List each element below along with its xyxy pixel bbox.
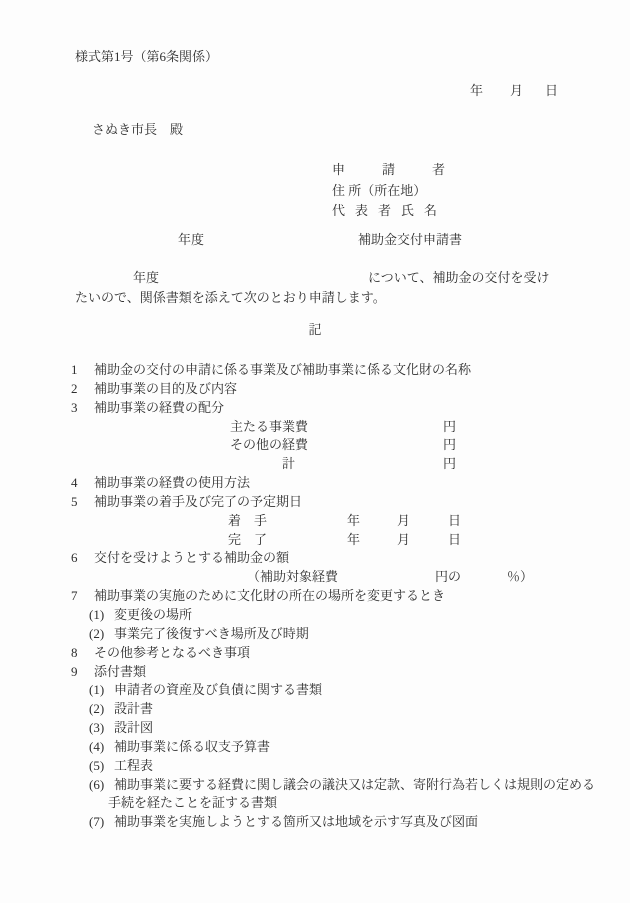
sub-item-number: (3)	[89, 719, 114, 738]
sub-item-number: (1)	[89, 681, 114, 700]
list-item-3: 3補助事業の経費の配分	[71, 399, 611, 418]
item-number: 8	[71, 644, 94, 663]
sub-item-text: 補助事業に係る収支予算書	[114, 739, 270, 754]
item-number: 1	[71, 361, 94, 380]
sub-item-text: 設計書	[114, 701, 153, 716]
item-text: 添付書類	[94, 664, 146, 679]
title-nendo: 年度	[178, 231, 204, 250]
list-item-7-sub-2: (2)事業完了後復すべき場所及び時期	[71, 625, 611, 644]
year-label: 年	[347, 531, 360, 550]
item-text: その他参考となるべき事項	[94, 645, 250, 660]
yen-label: 円	[443, 418, 456, 437]
sub-item-text: 工程表	[114, 758, 153, 773]
item-text: 補助事業の着手及び完了の予定期日	[94, 494, 302, 509]
addressee-line: さぬき市長 殿	[92, 121, 392, 140]
list-item-4: 4補助事業の経費の使用方法	[71, 474, 611, 493]
item-text: 補助事業の経費の配分	[94, 400, 224, 415]
sub-item-number: (2)	[89, 625, 114, 644]
item-number: 4	[71, 474, 94, 493]
sub-item-number: (4)	[89, 738, 114, 757]
intro-line-1-text: について、補助金の交付を受け	[368, 269, 549, 288]
subsidy-note-open: （補助対象経費	[247, 568, 338, 587]
yen-label: 円	[443, 436, 456, 455]
item-text: 交付を受けようとする補助金の額	[94, 550, 289, 565]
sub-item-text: 事業完了後復すべき場所及び時期	[114, 626, 309, 641]
intro-nendo: 年度	[133, 269, 159, 288]
intro-line-2: たいので、関係書類を添えて次のとおり申請します。	[75, 289, 386, 308]
subsidy-note-unit: 円の	[435, 568, 461, 587]
item-text: 補助事業の目的及び内容	[94, 381, 237, 396]
item-text: 補助事業の経費の使用方法	[94, 475, 250, 490]
sub-item-number: (5)	[89, 757, 114, 776]
expense-label: その他の経費	[230, 436, 308, 455]
sub-item-text: 補助事業に要する経費に関し議会の議決又は定款、寄附行為若しくは規則の定める	[114, 777, 595, 792]
list-item-9-sub-5: (5)工程表	[71, 757, 611, 776]
addressee-name: さぬき市長	[92, 122, 157, 137]
document-page: 様式第1号（第6条関係） 年 月 日 さぬき市長 殿 申請者 住 所（所在地） …	[0, 0, 630, 903]
document-title: 補助金交付申請書	[358, 231, 462, 250]
day-label: 日	[448, 512, 461, 531]
applicant-block: 申請者 住 所（所在地） 代表者氏名	[332, 160, 482, 222]
list-item-8: 8その他参考となるべき事項	[71, 644, 611, 663]
item-number: 6	[71, 549, 94, 568]
sub-item-number: (7)	[89, 813, 114, 832]
sub-item-number: (2)	[89, 700, 114, 719]
item-number: 9	[71, 663, 94, 682]
list-item-2: 2補助事業の目的及び内容	[71, 380, 611, 399]
subsidy-note-row: （補助対象経費 円の ％）	[71, 568, 611, 587]
list-item-9-sub-6: (6)補助事業に要する経費に関し議会の議決又は定款、寄附行為若しくは規則の定める	[71, 776, 611, 795]
expense-row-main: 主たる事業費 円	[71, 418, 611, 437]
list-item-9-sub-3: (3)設計図	[71, 719, 611, 738]
applicant-address-label: 住 所（所在地）	[332, 181, 482, 202]
item-number: 7	[71, 587, 94, 606]
date-year-label: 年	[470, 82, 483, 101]
sub-item-number: (1)	[89, 606, 114, 625]
expense-row-other: その他の経費 円	[71, 436, 611, 455]
schedule-row-finish: 完 了 年 月 日	[71, 531, 611, 550]
item-number: 2	[71, 380, 94, 399]
list-item-9-sub-2: (2)設計書	[71, 700, 611, 719]
item-number: 5	[71, 493, 94, 512]
list-item-1: 1補助金の交付の申請に係る事業及び補助事業に係る文化財の名称	[71, 361, 611, 380]
list-item-9: 9添付書類	[71, 663, 611, 682]
item-list: 1補助金の交付の申請に係る事業及び補助事業に係る文化財の名称 2補助事業の目的及…	[71, 361, 611, 832]
item-text: 補助事業の実施のために文化財の所在の場所を変更するとき	[94, 588, 445, 603]
item-number: 3	[71, 399, 94, 418]
month-label: 月	[397, 531, 410, 550]
schedule-label: 完 了	[228, 531, 267, 550]
list-item-7: 7補助事業の実施のために文化財の所在の場所を変更するとき	[71, 587, 611, 606]
subsidy-note-close: ％）	[507, 568, 533, 587]
sub-item-text: 設計図	[114, 720, 153, 735]
expense-label: 主たる事業費	[230, 418, 308, 437]
sub-item-text: 補助事業を実施しようとする箇所又は地域を示す写真及び図面	[114, 814, 478, 829]
list-item-9-sub-6-continuation: 手続を経たことを証する書類	[71, 794, 611, 813]
schedule-label: 着 手	[228, 512, 267, 531]
list-item-7-sub-1: (1)変更後の場所	[71, 606, 611, 625]
date-line: 年 月 日	[0, 82, 630, 101]
list-item-9-sub-1: (1)申請者の資産及び負債に関する書類	[71, 681, 611, 700]
expense-row-total: 計 円	[71, 455, 611, 474]
item-text: 補助金の交付の申請に係る事業及び補助事業に係る文化財の名称	[94, 362, 471, 377]
applicant-label: 申請者	[332, 160, 482, 181]
intro-line-1: 年度 について、補助金の交付を受け	[0, 269, 630, 288]
expense-total-label: 計	[282, 455, 295, 474]
sub-item-text: 変更後の場所	[114, 607, 192, 622]
date-month-label: 月	[510, 82, 523, 101]
ki-separator: 記	[0, 321, 630, 340]
schedule-row-start: 着 手 年 月 日	[71, 512, 611, 531]
list-item-5: 5補助事業の着手及び完了の予定期日	[71, 493, 611, 512]
month-label: 月	[397, 512, 410, 531]
applicant-representative-label: 代表者氏名	[332, 201, 482, 222]
date-day-label: 日	[545, 82, 558, 101]
year-label: 年	[347, 512, 360, 531]
addressee-honorific: 殿	[170, 121, 183, 140]
yen-label: 円	[443, 455, 456, 474]
sub-item-number: (6)	[89, 776, 114, 795]
sub-item-text: 申請者の資産及び負債に関する書類	[114, 682, 322, 697]
list-item-6: 6交付を受けようとする補助金の額	[71, 549, 611, 568]
form-number: 様式第1号（第6条関係）	[75, 48, 218, 67]
list-item-9-sub-7: (7)補助事業を実施しようとする箇所又は地域を示す写真及び図面	[71, 813, 611, 832]
list-item-9-sub-4: (4)補助事業に係る収支予算書	[71, 738, 611, 757]
document-title-line: 年度 補助金交付申請書	[0, 231, 630, 250]
day-label: 日	[448, 531, 461, 550]
